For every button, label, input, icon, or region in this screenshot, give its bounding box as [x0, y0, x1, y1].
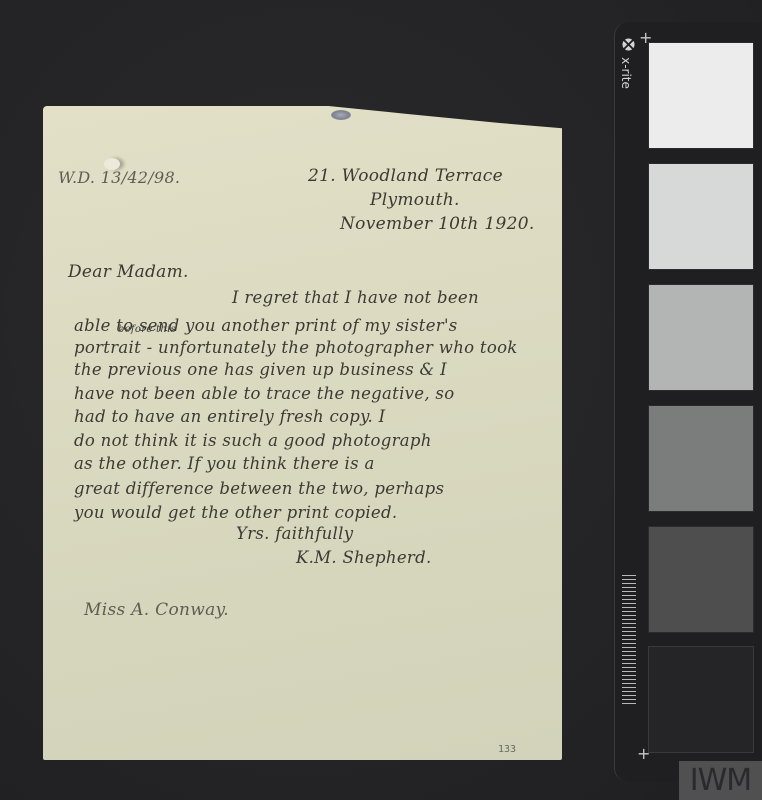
reference-number: W.D. 13/42/98.: [58, 168, 180, 187]
page-number: 133: [498, 744, 516, 755]
gray-swatch-2: [648, 163, 754, 270]
address-line-2: Plymouth.: [370, 190, 460, 210]
body-line: as the other. If you think there is a: [74, 454, 375, 473]
gray-swatch-4: [648, 405, 754, 512]
x-rite-logo-icon: [622, 38, 635, 51]
body-line: portrait - unfortunately the photographe…: [74, 338, 518, 357]
iwm-watermark: IWM: [679, 761, 762, 800]
body-line: had to have an entirely fresh copy. I: [74, 407, 385, 426]
gray-swatch-6: [648, 646, 754, 753]
body-line: you would get the other print copied.: [74, 503, 397, 522]
salutation: Dear Madam.: [68, 262, 189, 282]
signature: K.M. Shepherd.: [296, 548, 432, 567]
gray-swatch-5: [648, 526, 754, 633]
body-line: I regret that I have not been: [232, 288, 479, 307]
measurement-ruler: [622, 575, 636, 705]
recipient: Miss A. Conway.: [84, 600, 229, 620]
body-line: the previous one has given up business &…: [74, 360, 447, 379]
body-line: great difference between the two, perhap…: [74, 479, 444, 498]
body-line: have not been able to trace the negative…: [74, 384, 454, 403]
brand-label: x-rite: [619, 57, 633, 89]
pin-mark: [331, 110, 351, 120]
letter-date: November 10th 1920.: [340, 214, 535, 234]
gray-swatch-1: [648, 42, 754, 149]
closing: Yrs. faithfully: [236, 524, 353, 543]
gray-swatch-3: [648, 284, 754, 391]
address-line-1: 21. Woodland Terrace: [308, 166, 503, 186]
body-line: do not think it is such a good photograp…: [74, 431, 432, 450]
insertion-note: before this: [118, 324, 176, 335]
